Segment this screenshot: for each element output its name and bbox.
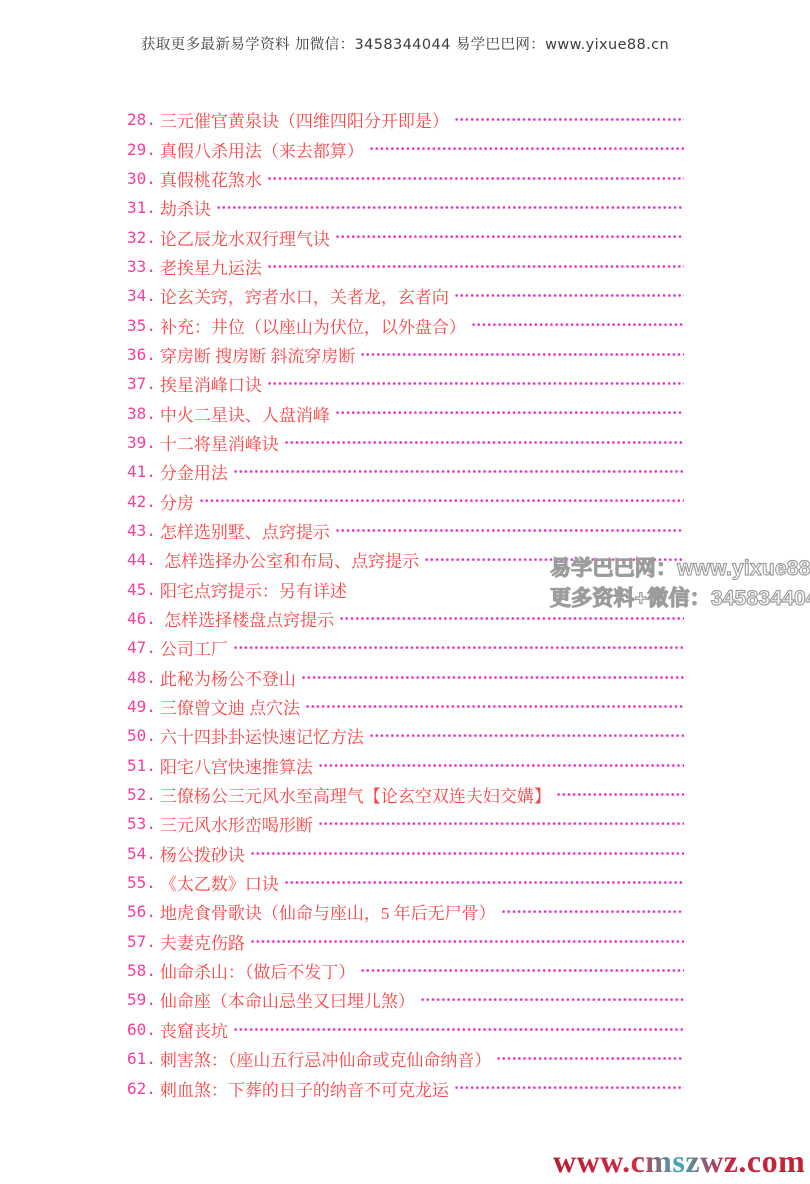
toc-item-number: 50. (127, 726, 156, 745)
toc-item-number: 55. (127, 873, 156, 892)
toc-item-title: 三元风水形峦喝形断 (160, 811, 313, 836)
toc-item-title: 杨公拨砂诀 (160, 841, 245, 866)
toc-item[interactable]: 62. 刺血煞：下葬的日子的纳音不可克龙运 (127, 1073, 684, 1102)
toc-item-number: 52. (127, 785, 156, 804)
toc-item-number: 59. (127, 990, 156, 1009)
toc-item-title: 分金用法 (160, 459, 228, 484)
dot-leader (267, 252, 684, 281)
toc-item-title: 真假八杀用法（来去都算） (160, 137, 364, 162)
toc-item[interactable]: 32. 论乙辰龙水双行理气诀 (127, 222, 684, 251)
toc-item-number: 32. (127, 228, 156, 247)
dot-leader (216, 193, 684, 222)
toc-item[interactable]: 56. 地虎食骨歌诀（仙命与座山，5 年后无尸骨） (127, 897, 684, 926)
dot-leader (454, 1073, 684, 1102)
toc-item-title: 三僚杨公三元风水至高理气【论玄空双连夫妇交媾】 (160, 782, 551, 807)
toc-item[interactable]: 34. 论玄关窍，窍者水口，关者龙，玄者向 (127, 281, 684, 310)
watermark-site-line: 易学巴巴网：www.yixue88.cn (550, 554, 810, 584)
dot-leader (233, 633, 684, 662)
toc-item-number: 44. (127, 550, 156, 569)
toc-item-title: 刺血煞：下葬的日子的纳音不可克龙运 (160, 1076, 449, 1101)
dot-leader (233, 457, 684, 486)
dot-leader (318, 751, 684, 780)
toc-item[interactable]: 30. 真假桃花煞水 (127, 164, 684, 193)
dot-leader (301, 663, 684, 692)
toc-item-number: 37. (127, 374, 156, 393)
toc-item[interactable]: 50. 六十四卦卦运快速记忆方法 (127, 721, 684, 750)
toc-item-number: 43. (127, 521, 156, 540)
toc-item[interactable]: 42. 分房 (127, 486, 684, 515)
toc-item[interactable]: 43. 怎样选别墅、点窍提示 (127, 516, 684, 545)
toc-item[interactable]: 39. 十二将星消峰诀 (127, 428, 684, 457)
dot-leader (335, 398, 684, 427)
toc-item-title: 论乙辰龙水双行理气诀 (160, 225, 330, 250)
toc-item-number: 28. (127, 110, 156, 129)
dot-leader (360, 340, 684, 369)
toc-item[interactable]: 37. 挨星消峰口诀 (127, 369, 684, 398)
toc-item[interactable]: 51. 阳宅八宫快速推算法 (127, 751, 684, 780)
toc-item[interactable]: 47. 公司工厂 (127, 633, 684, 662)
dot-leader (454, 105, 684, 134)
dot-leader (420, 985, 684, 1014)
toc-item[interactable]: 41. 分金用法 (127, 457, 684, 486)
toc-item-number: 57. (127, 932, 156, 951)
toc-item-title: 老挨星九运法 (160, 254, 262, 279)
dot-leader (267, 164, 684, 193)
toc-item-number: 48. (127, 668, 156, 687)
dot-leader (267, 369, 684, 398)
toc-item[interactable]: 28. 三元催官黄泉诀（四维四阳分开即是） (127, 105, 684, 134)
toc-item[interactable]: 57. 夫妻克伤路 (127, 927, 684, 956)
toc-item[interactable]: 59. 仙命座（本命山忌坐又曰埋儿煞） (127, 985, 684, 1014)
dot-leader (454, 281, 684, 310)
dot-leader (369, 134, 684, 163)
toc-item-title: 刺害煞：（座山五行忌冲仙命或克仙命纳音） (160, 1046, 492, 1071)
toc-item-number: 46. (127, 609, 156, 628)
toc-item-number: 60. (127, 1020, 156, 1039)
toc-item-title: 丧窟丧坑 (160, 1017, 228, 1042)
toc-item-number: 35. (127, 316, 156, 335)
toc-item[interactable]: 58. 仙命杀山：（做后不发丁） (127, 956, 684, 985)
toc-item-number: 47. (127, 638, 156, 657)
toc-item[interactable]: 33. 老挨星九运法 (127, 252, 684, 281)
toc-item-number: 54. (127, 844, 156, 863)
dot-leader (318, 809, 684, 838)
toc-item-title: 《太乙数》口诀 (160, 870, 279, 895)
toc-item-title: 中火二星诀、人盘消峰 (160, 401, 330, 426)
toc-item-title: 补充：井位（以座山为伏位，以外盘合） (160, 313, 466, 338)
dot-leader (250, 927, 684, 956)
toc-item-number: 42. (127, 492, 156, 511)
toc-item-number: 36. (127, 345, 156, 364)
toc-item[interactable]: 52. 三僚杨公三元风水至高理气【论玄空双连夫妇交媾】 (127, 780, 684, 809)
dot-leader (233, 1015, 684, 1044)
toc-item-title: 三僚曾文迪 点穴法 (160, 694, 300, 719)
document-page: 获取更多最新易学资料 加微信：3458344044 易学巴巴网：www.yixu… (0, 0, 810, 1184)
dot-leader (284, 428, 684, 457)
toc-item-title: 公司工厂 (160, 635, 228, 660)
toc-item[interactable]: 36. 穿房断 搜房断 斜流穿房断 (127, 340, 684, 369)
toc-item[interactable]: 54. 杨公拨砂诀 (127, 839, 684, 868)
toc-item-title: 此秘为杨公不登山 (160, 665, 296, 690)
dot-leader (496, 1044, 684, 1073)
toc-item-number: 38. (127, 404, 156, 423)
dot-leader (556, 780, 684, 809)
toc-item-number: 33. (127, 257, 156, 276)
dot-leader (305, 692, 684, 721)
toc-item-title: 阳宅点窍提示：另有详述 (160, 577, 347, 602)
toc-item-number: 45. (127, 580, 156, 599)
toc-item[interactable]: 35. 补充：井位（以座山为伏位，以外盘合） (127, 310, 684, 339)
toc-item-title: 挨星消峰口诀 (160, 371, 262, 396)
toc-item[interactable]: 29. 真假八杀用法（来去都算） (127, 134, 684, 163)
toc-item-number: 58. (127, 961, 156, 980)
toc-item-title: 阳宅八宫快速推算法 (160, 753, 313, 778)
toc-item-title: 真假桃花煞水 (160, 166, 262, 191)
toc-item-number: 30. (127, 169, 156, 188)
toc-item-title: 分房 (160, 489, 194, 514)
toc-item-title: 怎样选择楼盘点窍提示 (160, 606, 334, 631)
watermark: 易学巴巴网：www.yixue88.cn 更多资料+微信：3458344044 (550, 554, 810, 614)
toc-item-number: 61. (127, 1049, 156, 1068)
toc-item[interactable]: 61. 刺害煞：（座山五行忌冲仙命或克仙命纳音） (127, 1044, 684, 1073)
dot-leader (471, 310, 684, 339)
toc-item-title: 仙命杀山：（做后不发丁） (160, 958, 356, 983)
dot-leader (250, 839, 684, 868)
toc-item-number: 49. (127, 697, 156, 716)
toc-item[interactable]: 48. 此秘为杨公不登山 (127, 663, 684, 692)
toc-item-title: 劫杀诀 (160, 195, 211, 220)
toc-item-title: 地虎食骨歌诀（仙命与座山，5 年后无尸骨） (160, 899, 496, 924)
toc-item[interactable]: 60. 丧窟丧坑 (127, 1015, 684, 1044)
toc-item[interactable]: 31. 劫杀诀 (127, 193, 684, 222)
toc-item-title: 怎样选别墅、点窍提示 (160, 518, 330, 543)
dot-leader (284, 868, 684, 897)
toc-item-title: 穿房断 搜房断 斜流穿房断 (160, 342, 356, 367)
toc-item[interactable]: 49. 三僚曾文迪 点穴法 (127, 692, 684, 721)
dot-leader (199, 486, 684, 515)
watermark-wechat-line: 更多资料+微信：3458344044 (550, 584, 810, 614)
toc-item-title: 十二将星消峰诀 (160, 430, 279, 455)
dot-leader (360, 956, 684, 985)
toc-item-number: 31. (127, 198, 156, 217)
dot-leader (335, 516, 684, 545)
promo-header-text: 获取更多最新易学资料 加微信：3458344044 易学巴巴网：www.yixu… (0, 33, 810, 54)
toc-item-title: 仙命座（本命山忌坐又曰埋儿煞） (160, 987, 415, 1012)
toc-item-number: 29. (127, 140, 156, 159)
toc-item-title: 怎样选择办公室和布局、点窍提示 (160, 547, 419, 572)
footer-site-url[interactable]: www.cmszwz.com (553, 1143, 805, 1180)
toc-item-number: 62. (127, 1079, 156, 1098)
toc-item-number: 51. (127, 756, 156, 775)
toc-item-title: 六十四卦卦运快速记忆方法 (160, 723, 364, 748)
toc-item[interactable]: 38. 中火二星诀、人盘消峰 (127, 398, 684, 427)
toc-item-number: 39. (127, 433, 156, 452)
toc-item-title: 论玄关窍，窍者水口，关者龙，玄者向 (160, 283, 449, 308)
toc-item[interactable]: 53. 三元风水形峦喝形断 (127, 809, 684, 838)
toc-item-title: 三元催官黄泉诀（四维四阳分开即是） (160, 107, 449, 132)
toc-item-number: 56. (127, 902, 156, 921)
toc-item-number: 41. (127, 462, 156, 481)
toc-item-number: 34. (127, 286, 156, 305)
toc-item-title: 夫妻克伤路 (160, 929, 245, 954)
toc-item[interactable]: 55. 《太乙数》口诀 (127, 868, 684, 897)
dot-leader (369, 721, 684, 750)
dot-leader (501, 897, 684, 926)
dot-leader (335, 222, 684, 251)
toc-item-number: 53. (127, 814, 156, 833)
